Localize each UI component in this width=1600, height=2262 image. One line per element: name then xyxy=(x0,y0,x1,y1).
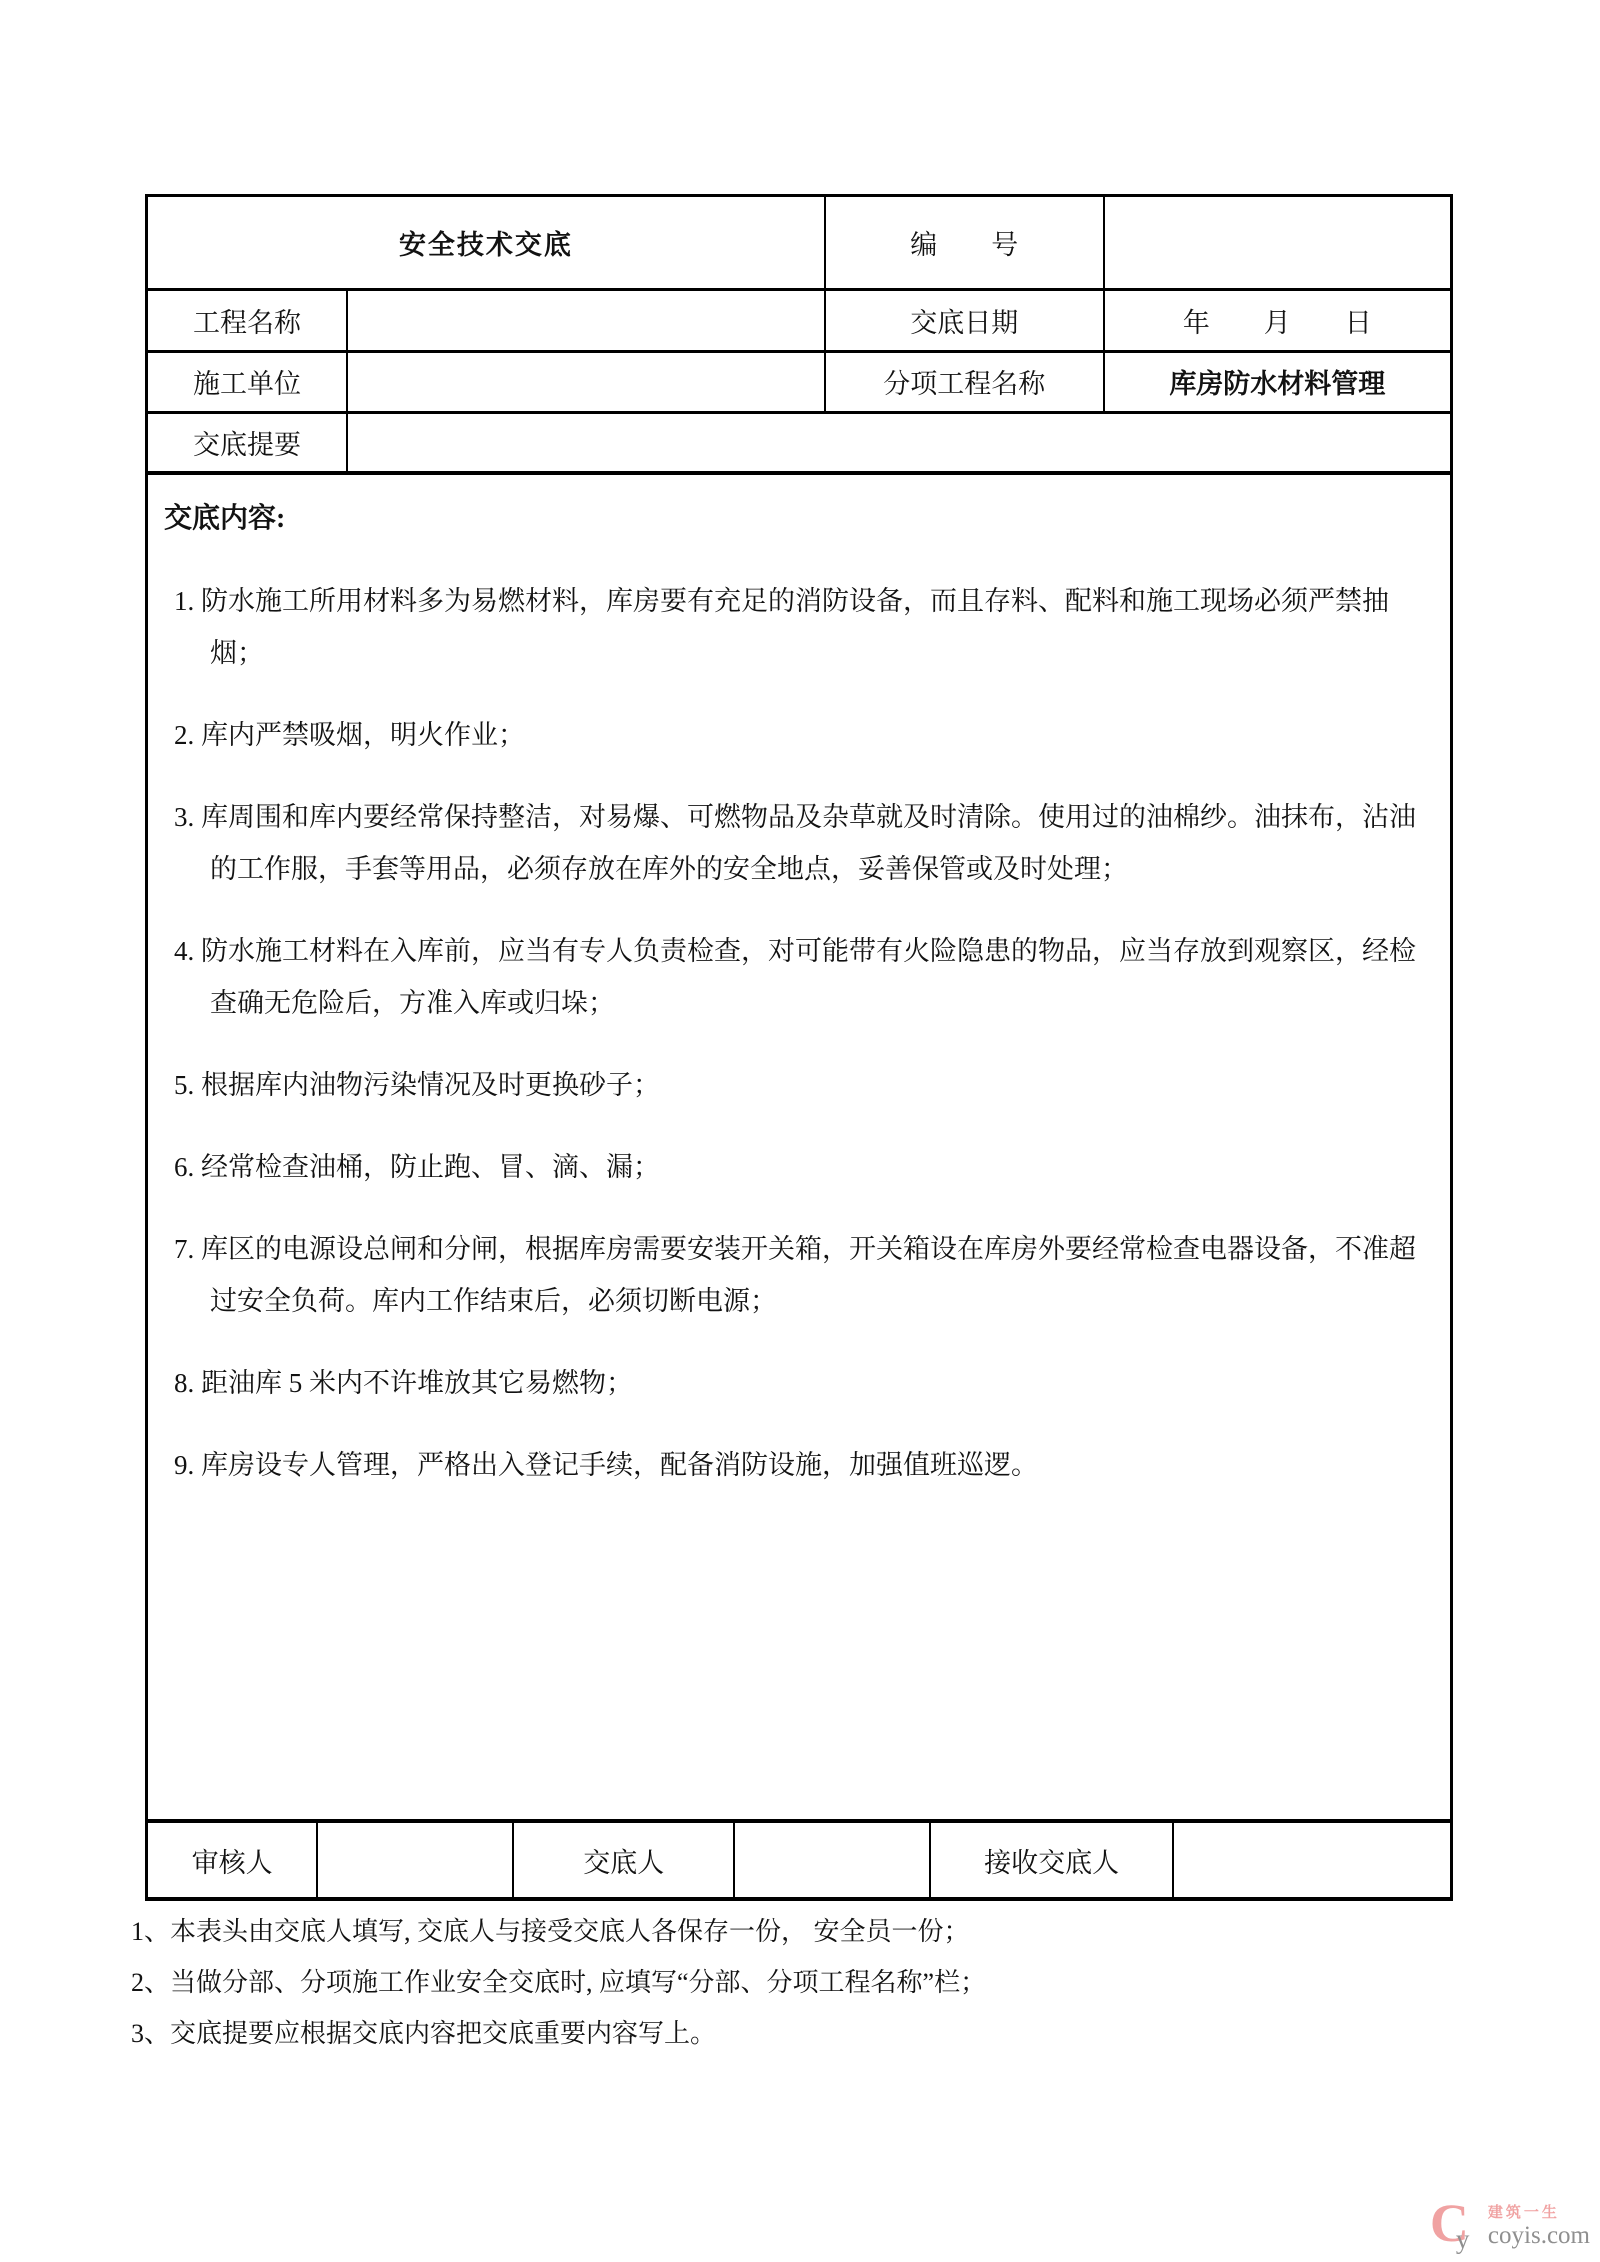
receiver-label: 接收交底人 xyxy=(931,1823,1174,1897)
reviewer-value xyxy=(318,1823,514,1897)
summary-label: 交底提要 xyxy=(148,412,347,471)
content-item-2: 2. 库内严禁吸烟，明火作业； xyxy=(174,709,1434,761)
content-item-6: 6. 经常检查油桶，防止跑、冒、滴、漏； xyxy=(174,1141,1434,1193)
watermark-brand-text: 建筑一生 xyxy=(1488,2204,1590,2222)
receiver-value xyxy=(1174,1823,1450,1897)
project-name-value xyxy=(347,289,825,351)
disclosure-content-cell: 交底内容: 1. 防水施工所用材料多为易燃材料，库房要有充足的消防设备，而且存料… xyxy=(148,471,1450,1823)
signature-row: 审核人 交底人 接收交底人 xyxy=(148,1823,1450,1897)
watermark-site-text: coyis.com xyxy=(1488,2222,1590,2250)
date-label: 交底日期 xyxy=(825,289,1104,351)
reviewer-label: 审核人 xyxy=(148,1823,318,1897)
safety-disclosure-form: 安全技术交底 编 号 工程名称 交底日期 年 月 日 施工单位 分项工程名称 库… xyxy=(145,194,1453,1901)
footnote-1: 1、本表头由交底人填写, 交底人与接受交底人各保存一份， 安全员一份； xyxy=(131,1906,1471,1957)
subproject-label: 分项工程名称 xyxy=(825,351,1104,412)
number-value xyxy=(1104,197,1450,289)
watermark: C y 建筑一生 coyis.com xyxy=(1430,2196,1590,2254)
footnotes: 1、本表头由交底人填写, 交底人与接受交底人各保存一份， 安全员一份； 2、当做… xyxy=(131,1906,1471,2059)
discloser-value xyxy=(735,1823,931,1897)
number-label: 编 号 xyxy=(825,197,1104,289)
form-title: 安全技术交底 xyxy=(148,197,825,289)
unit-value xyxy=(347,351,825,412)
content-item-3: 3. 库周围和库内要经常保持整洁，对易爆、可燃物品及杂草就及时清除。使用过的油棉… xyxy=(174,791,1434,895)
summary-value xyxy=(347,412,1450,471)
content-item-1: 1. 防水施工所用材料多为易燃材料，库房要有充足的消防设备，而且存料、配料和施工… xyxy=(174,575,1434,679)
subproject-value: 库房防水材料管理 xyxy=(1104,351,1450,412)
unit-label: 施工单位 xyxy=(148,351,347,412)
content-item-4: 4. 防水施工材料在入库前，应当有专人负责检查，对可能带有火险隐患的物品，应当存… xyxy=(174,925,1434,1029)
watermark-text: 建筑一生 coyis.com xyxy=(1488,2196,1590,2250)
content-item-5: 5. 根据库内油物污染情况及时更换砂子； xyxy=(174,1059,1434,1111)
watermark-logo-y: y xyxy=(1456,2226,1470,2253)
content-item-8: 8. 距油库 5 米内不许堆放其它易燃物； xyxy=(174,1357,1434,1409)
project-name-label: 工程名称 xyxy=(148,289,347,351)
discloser-label: 交底人 xyxy=(514,1823,735,1897)
content-heading: 交底内容: xyxy=(164,493,1434,545)
footnote-3: 3、交底提要应根据交底内容把交底重要内容写上。 xyxy=(131,2008,1471,2059)
document-page: 安全技术交底 编 号 工程名称 交底日期 年 月 日 施工单位 分项工程名称 库… xyxy=(0,0,1600,2262)
watermark-logo-icon: C y xyxy=(1430,2196,1482,2254)
content-item-7: 7. 库区的电源设总闸和分闸，根据库房需要安装开关箱，开关箱设在库房外要经常检查… xyxy=(174,1223,1434,1327)
content-item-9: 9. 库房设专人管理，严格出入登记手续，配备消防设施，加强值班巡逻。 xyxy=(174,1439,1434,1491)
footnote-2: 2、当做分部、分项施工作业安全交底时, 应填写“分部、分项工程名称”栏； xyxy=(131,1957,1471,2008)
form-header-table: 安全技术交底 编 号 工程名称 交底日期 年 月 日 施工单位 分项工程名称 库… xyxy=(148,197,1450,471)
date-value: 年 月 日 xyxy=(1104,289,1450,351)
